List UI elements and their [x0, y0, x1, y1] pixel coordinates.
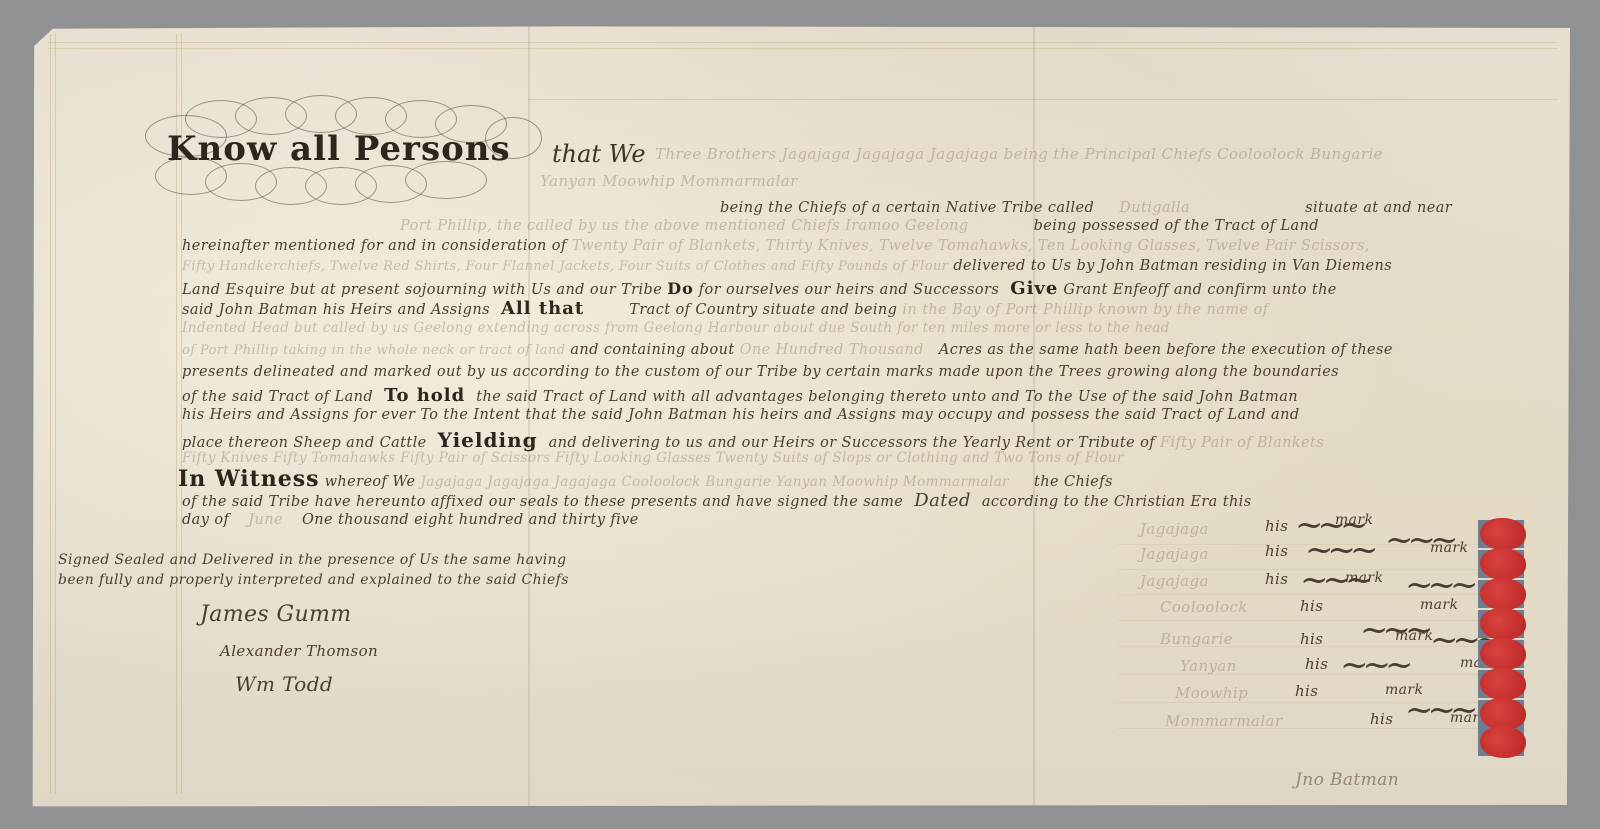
wax-seal — [1478, 640, 1528, 668]
deed-line: his Heirs and Assigns for ever To the In… — [182, 407, 1300, 423]
chief-name: Yanyan — [1180, 657, 1237, 675]
wax-seal — [1478, 610, 1528, 638]
chief-names-faint: Three Brothers Jagajaga Jagajaga Jagajag… — [655, 145, 1383, 163]
heading-know-all-persons: Know all Persons — [167, 129, 511, 169]
wax-seal — [1478, 670, 1528, 698]
chief-name: Moowhip — [1175, 684, 1248, 702]
gothic-yielding: Yielding — [438, 428, 538, 452]
chief-names-faint: Yanyan Moowhip Mommarmalar — [540, 172, 798, 190]
deed-line: said John Batman his Heirs and Assigns A… — [182, 298, 1268, 319]
deed-line: of Port Phillip taking in the whole neck… — [182, 342, 1393, 358]
chief-name: Mommarmalar — [1165, 712, 1282, 730]
chief-name: Cooloolock — [1160, 598, 1248, 616]
wax-seal — [1478, 580, 1528, 608]
mark-label: mark — [1430, 540, 1468, 556]
mark-label: mark — [1335, 512, 1373, 528]
deed-line: being the Chiefs of a certain Native Tri… — [720, 200, 1452, 216]
gothic-in-witness: In Witness — [178, 466, 320, 492]
deed-line: Land Esquire but at present sojourning w… — [182, 278, 1337, 299]
deed-line: Fifty Handkerchiefs, Twelve Red Shirts, … — [182, 258, 1392, 274]
his-label: his — [1300, 630, 1323, 648]
deed-line: of the said Tract of Land To hold the sa… — [182, 385, 1298, 406]
attestation-line: Signed Sealed and Delivered in the prese… — [58, 552, 566, 568]
chief-name: Jagajaga — [1140, 572, 1209, 590]
wax-seal — [1478, 700, 1528, 728]
witness-signature: Wm Todd — [235, 672, 333, 696]
witness-signature: James Gumm — [200, 602, 352, 627]
his-label: his — [1295, 682, 1318, 700]
heading-flourish: Know all Persons — [145, 95, 545, 205]
gothic-all-that: All that — [501, 298, 584, 319]
wax-seal — [1478, 728, 1528, 756]
top-rule — [48, 48, 1558, 49]
deed-line: hereinafter mentioned for and in conside… — [182, 238, 1370, 254]
batman-signature: Jno Batman — [1295, 770, 1399, 790]
his-label: his — [1265, 517, 1288, 535]
witness-signature: Alexander Thomson — [220, 642, 378, 660]
deed-line-faint: Indented Head but called by us Geelong e… — [182, 320, 1170, 336]
chief-name: Bungarie — [1160, 630, 1233, 648]
his-label: his — [1370, 710, 1393, 728]
deed-line: Port Phillip, the called by us the above… — [180, 218, 1319, 234]
deed-line: presents delineated and marked out by us… — [182, 364, 1339, 380]
deed-line-faint: Fifty Knives Fifty Tomahawks Fifty Pair … — [182, 450, 1124, 466]
wax-seal — [1478, 520, 1528, 548]
deed-line: place thereon Sheep and Cattle Yielding … — [182, 428, 1324, 452]
mark-label: mark — [1395, 628, 1433, 644]
guide-line — [1118, 674, 1498, 675]
his-label: his — [1265, 570, 1288, 588]
attestation-line: been fully and properly interpreted and … — [58, 572, 569, 588]
deed-line: In Witness whereof We Jagajaga Jagajaga … — [178, 466, 1113, 492]
wax-seal — [1478, 550, 1528, 578]
deed-line: of the said Tribe have hereunto affixed … — [182, 490, 1252, 511]
top-rule — [528, 99, 1558, 100]
gothic-to-hold: To hold — [384, 385, 465, 406]
chief-mark-glyph: ~~~ — [1340, 645, 1407, 685]
dated-word: Dated — [914, 490, 971, 511]
gothic-give: Give — [1010, 278, 1058, 299]
mark-label: mark — [1345, 570, 1383, 586]
his-label: his — [1265, 542, 1288, 560]
his-label: his — [1300, 597, 1323, 615]
deed-line: day of June One thousand eight hundred a… — [182, 512, 639, 528]
top-rule — [48, 42, 1558, 43]
opening-that-we: that We — [552, 140, 646, 168]
margin-rule — [50, 34, 51, 794]
chief-name: Jagajaga — [1140, 520, 1209, 538]
margin-rule — [55, 34, 56, 794]
chief-name: Jagajaga — [1140, 545, 1209, 563]
his-label: his — [1305, 655, 1328, 673]
